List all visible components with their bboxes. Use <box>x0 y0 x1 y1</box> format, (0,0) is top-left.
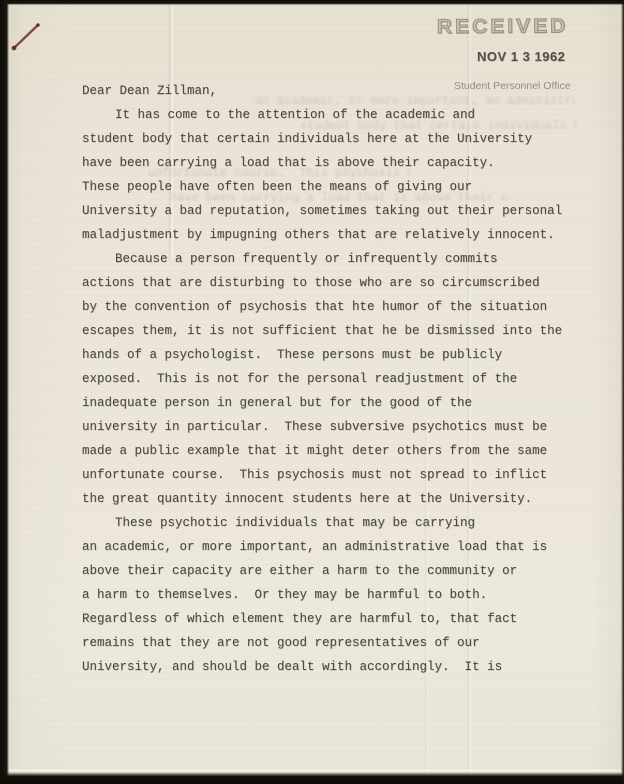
letter-line: student body that certain individuals he… <box>82 127 587 151</box>
letter-line: It has come to the attention of the acad… <box>82 103 587 127</box>
letter-line: hands of a psychologist. These persons m… <box>82 343 587 367</box>
pen-mark-icon <box>8 18 46 56</box>
letter-line: Regardless of which element they are har… <box>82 607 587 631</box>
letter-line: university in particular. These subversi… <box>82 415 587 439</box>
letter-line: These people have often been the means o… <box>82 175 587 199</box>
received-stamp: RECEIVED <box>437 15 597 39</box>
letter-line: remains that they are not good represent… <box>82 631 587 655</box>
letter-line: maladjustment by impugning others that a… <box>82 223 587 247</box>
letter-body: Dear Dean Zillman, It has come to the at… <box>82 79 587 679</box>
scan-edge-left <box>0 0 9 784</box>
scan-edge-bottom <box>0 772 624 784</box>
letter-line: by the convention of psychosis that hte … <box>82 295 587 319</box>
scan-edge-top <box>0 0 624 5</box>
letter-line: the great quantity innocent students her… <box>82 487 587 511</box>
received-stamp-date: NOV 1 3 1962 <box>477 49 565 64</box>
letter-line: These psychotic individuals that may be … <box>82 511 587 535</box>
letter-line: have been carrying a load that is above … <box>82 151 587 175</box>
letter-line: above their capacity are either a harm t… <box>82 559 587 583</box>
letter-line: actions that are disturbing to those who… <box>82 271 587 295</box>
letter-line: University a bad reputation, sometimes t… <box>82 199 587 223</box>
letter-line: inadequate person in general but for the… <box>82 391 587 415</box>
letter-line: a harm to themselves. Or they may be har… <box>82 583 587 607</box>
scanned-letter-page: RECEIVED NOV 1 3 1962 Student Personnel … <box>0 0 624 784</box>
letter-line: University, and should be dealt with acc… <box>82 655 587 679</box>
letter-line: exposed. This is not for the personal re… <box>82 367 587 391</box>
letter-line: an academic, or more important, an admin… <box>82 535 587 559</box>
letter-line: made a public example that it might dete… <box>82 439 587 463</box>
letter-line: escapes them, it is not sufficient that … <box>82 319 587 343</box>
letter-line: unfortunate course. This psychosis must … <box>82 463 587 487</box>
salutation-line: Dear Dean Zillman, <box>82 79 587 103</box>
letter-line: Because a person frequently or infrequen… <box>82 247 587 271</box>
